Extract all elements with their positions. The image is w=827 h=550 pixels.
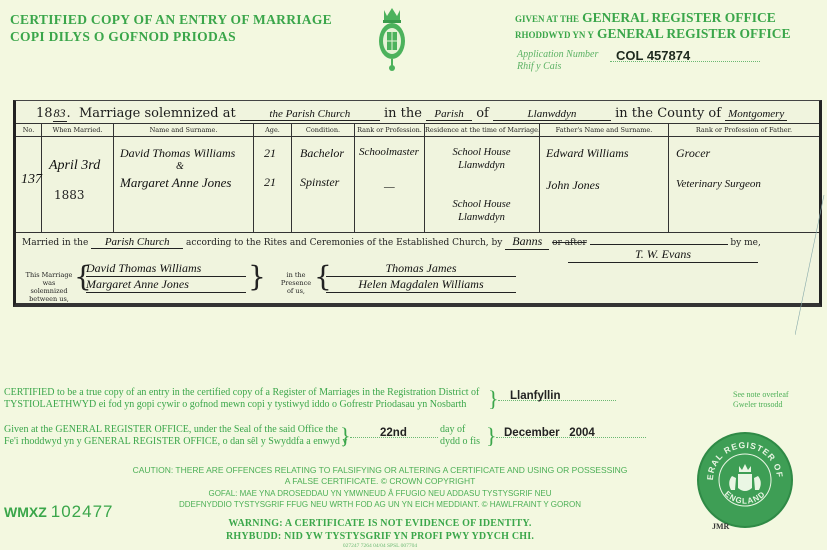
certified-cy: TYSTIOLAETHWYD ei fod yn gopi cywir o go…	[4, 399, 466, 411]
ampersand: &	[176, 161, 184, 172]
party-2-father-profession: Veterinary Surgeon	[676, 178, 761, 190]
witness-1: Thomas James	[326, 261, 516, 277]
party-2-age: 21	[264, 175, 276, 190]
officiant-signature: T. W. Evans	[568, 247, 758, 263]
column-header: Father's Name and Surname.	[540, 124, 668, 137]
party-1-residence: School House Llanwddyn	[429, 146, 534, 172]
application-number: COL 457874	[616, 48, 690, 63]
application-label-en: Application Number	[517, 49, 598, 61]
register-extract: 1883. Marriage solemnized at the Parish …	[13, 100, 822, 307]
brace-month: }	[486, 426, 497, 446]
date-year: 1883	[54, 188, 85, 202]
given-at-cy: RHODDWYD YN Y GENERAL REGISTER OFFICE	[515, 25, 791, 44]
district-type: Parish	[426, 108, 472, 121]
certificate-title-cy: COPI DILYS O GOFNOD PRIODAS	[10, 28, 236, 45]
party-1-name: David Thomas Williams	[120, 146, 235, 161]
svg-text:GENERAL REGISTER OFFICE: GENERAL REGISTER OFFICE	[699, 434, 785, 481]
application-label-cy: Rhif y Cais	[517, 61, 561, 73]
party-2-profession: —	[384, 179, 395, 194]
party-2-residence: School House Llanwddyn	[429, 198, 534, 224]
entry-number: 137	[21, 172, 42, 188]
see-note: See note overleaf Gweler trosodd	[733, 390, 789, 410]
entry-heading: 1883. Marriage solemnized at the Parish …	[36, 106, 787, 122]
solemnized-at: the Parish Church	[240, 108, 380, 121]
column-header: Rank or Profession of Father.	[669, 124, 819, 137]
brace-right: }	[248, 263, 266, 291]
date-married: April 3rd	[49, 158, 100, 174]
application-number-field: COL 457874	[610, 47, 760, 62]
party-1-profession: Schoolmaster	[359, 146, 419, 158]
royal-coat-of-arms-icon	[376, 6, 408, 72]
given-cy: Fe'i rhoddwyd yn y GENERAL REGISTER OFFI…	[4, 436, 347, 448]
signature-party-1: David Thomas Williams	[86, 261, 246, 277]
caution-cy: GOFAL: MAE YNA DROSEDDAU YN YMWNEUD Â FF…	[100, 488, 660, 510]
party-1-father-name: Edward Williams	[546, 146, 629, 161]
warning: WARNING: A CERTIFICATE IS NOT EVIDENCE O…	[100, 517, 660, 543]
fold-line	[795, 195, 825, 335]
day: 22nd	[380, 427, 407, 439]
column-header: When Married.	[42, 124, 113, 137]
brace-district: }	[488, 389, 499, 409]
brace-given: }	[340, 426, 351, 446]
district: Llanfyllin	[510, 390, 560, 402]
party-1-age: 21	[264, 146, 276, 161]
married-in: Parish Church	[91, 236, 183, 249]
county: Montgomery	[725, 108, 787, 121]
column-header: Age.	[254, 124, 291, 137]
parish: Llanwddyn	[493, 108, 611, 121]
party-2-condition: Spinster	[300, 175, 339, 190]
initials: JMR	[712, 522, 729, 531]
month-year-field: December 2004	[496, 423, 646, 438]
signature-party-2: Margaret Anne Jones	[86, 277, 246, 293]
column-header: Rank or Profession.	[355, 124, 424, 137]
party-2-father-name: John Jones	[546, 178, 600, 193]
general-register-office-seal-icon: GENERAL REGISTER OFFICE ENGLAND	[697, 432, 793, 528]
month-year: December 2004	[504, 427, 595, 439]
banns: Banns	[505, 234, 549, 250]
witness-2: Helen Magdalen Williams	[326, 277, 516, 293]
district-field: Llanfyllin	[498, 386, 616, 401]
party-1-condition: Bachelor	[300, 146, 344, 161]
day-of-en: day of	[440, 424, 465, 436]
column-header: Name and Surname.	[114, 124, 253, 137]
print-code: 027247 7264 04/04 SPSL 007704	[100, 543, 660, 549]
party-2-name: Margaret Anne Jones	[120, 175, 231, 191]
certificate-title-en: CERTIFIED COPY OF AN ENTRY OF MARRIAGE	[10, 11, 332, 28]
between-label: This Marriage was solemnized between us,	[24, 271, 74, 303]
party-1-father-profession: Grocer	[676, 146, 710, 161]
day-field: 22nd	[350, 423, 438, 438]
presence-label: in the Presence of us,	[278, 271, 314, 295]
column-header: No.	[16, 124, 41, 137]
svg-text:ENGLAND: ENGLAND	[723, 489, 767, 505]
day-of-cy: dydd o fis	[440, 436, 480, 448]
column-header: Residence at the time of Marriage.	[425, 124, 539, 137]
given-en: Given at the GENERAL REGISTER OFFICE, un…	[4, 424, 338, 436]
certified-en: CERTIFIED to be a true copy of an entry …	[4, 387, 479, 399]
serial-number: WMXZ 102477	[4, 502, 114, 522]
column-header: Condition.	[292, 124, 354, 137]
entry-table: No. When Married. Name and Surname. Age.…	[16, 123, 819, 233]
caution-en: CAUTION: THERE ARE OFFENCES RELATING TO …	[100, 465, 660, 487]
